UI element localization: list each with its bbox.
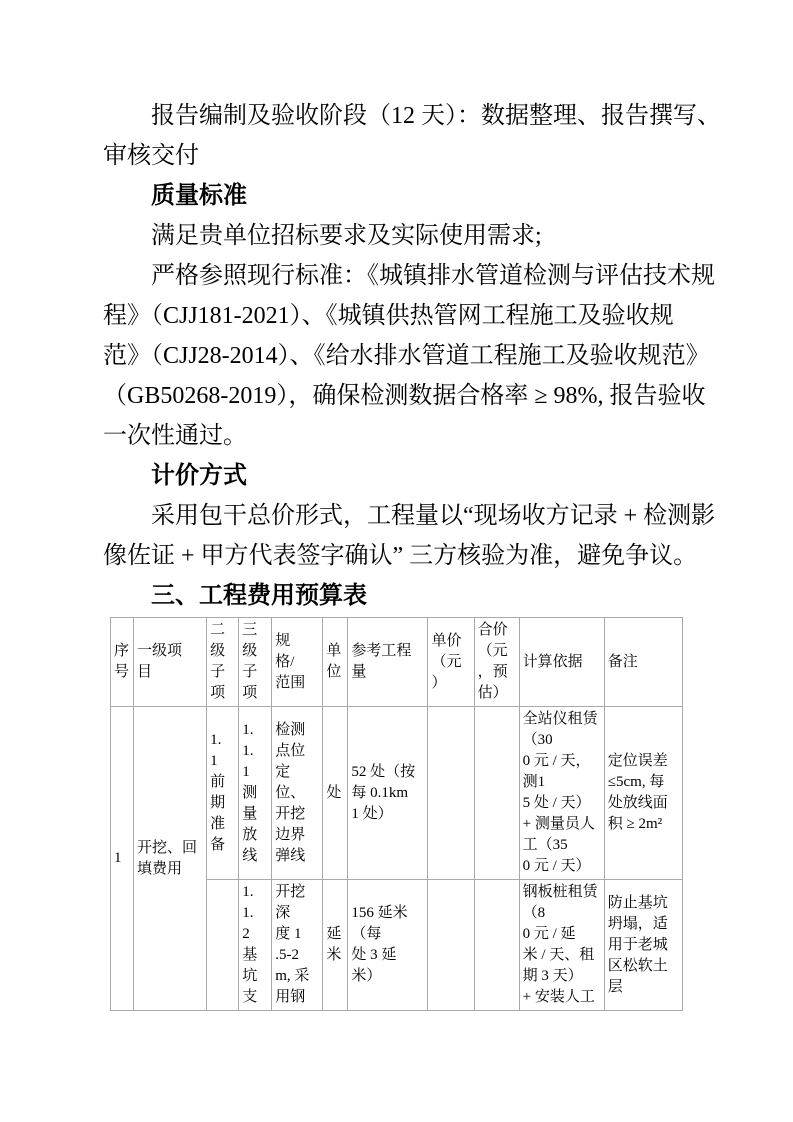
heading-budget-table: 三、工程费用预算表	[151, 576, 783, 616]
cell-remark: 防止基坑 坍塌，适 用于老城 区松软土 层	[604, 880, 682, 1011]
cell-spec: 开挖 深 度 1 .5-2 m, 采 用钢	[272, 880, 323, 1011]
header-cell-total-price: 合价 （元 ，预 估）	[474, 618, 519, 707]
budget-table: 序 号 一级项 目 二 级 子 项 三 级 子 项 规 格/ 范围 单 位 参考…	[110, 617, 683, 1011]
header-cell-seq: 序 号	[111, 618, 134, 707]
header-cell-level3: 三 级 子 项	[239, 618, 272, 707]
paragraph-standards: 严格参照现行标准：《城镇排水管道检测与评估技术规 程》（CJJ181-2021）…	[103, 256, 783, 456]
paragraph-pricing: 采用包干总价形式，工程量以“现场收方记录 + 检测影 像佐证 + 甲方代表签字确…	[103, 496, 783, 576]
cell-basis: 全站仪租赁 （30 0 元 / 天， 测1 5 处 / 天） + 测量员人 工（…	[519, 707, 604, 880]
cell-unit: 延 米	[323, 880, 348, 1011]
header-cell-quantity: 参考工程 量	[348, 618, 428, 707]
heading-pricing-method: 计价方式	[151, 456, 783, 496]
header-cell-remark: 备注	[604, 618, 682, 707]
cell-level3-item: 1. 1. 2 基 坑 支	[239, 880, 272, 1011]
paragraph-report-phase: 报告编制及验收阶段（12 天）：数据整理、报告撰写、 审核交付	[103, 96, 783, 176]
cell-quantity: 156 延米 （每 处 3 延 米）	[348, 880, 428, 1011]
cell-level1-item: 开挖、回 填费用	[134, 707, 207, 1011]
document-content: 报告编制及验收阶段（12 天）：数据整理、报告撰写、 审核交付 质量标准 满足贵…	[0, 0, 793, 1011]
heading-quality-standard: 质量标准	[151, 176, 783, 216]
cell-seq: 1	[111, 707, 134, 1011]
cell-unit-price	[428, 880, 474, 1011]
header-cell-spec: 规 格/ 范围	[272, 618, 323, 707]
table-header-row: 序 号 一级项 目 二 级 子 项 三 级 子 项 规 格/ 范围 单 位 参考…	[111, 618, 683, 707]
cell-unit-price	[428, 707, 474, 880]
cell-level2-item	[207, 880, 239, 1011]
cell-unit: 处	[323, 707, 348, 880]
cell-basis: 钢板桩租赁 （8 0 元 / 延 米 / 天、租 期 3 天） + 安装人工	[519, 880, 604, 1011]
header-cell-level1: 一级项 目	[134, 618, 207, 707]
header-cell-basis: 计算依据	[519, 618, 604, 707]
cell-quantity: 52 处（按 每 0.1km 1 处）	[348, 707, 428, 880]
cell-level3-item: 1. 1. 1 测 量 放 线	[239, 707, 272, 880]
cell-total-price	[474, 707, 519, 880]
cell-total-price	[474, 880, 519, 1011]
paragraph-requirements: 满足贵单位招标要求及实际使用需求;	[103, 216, 783, 256]
cell-spec: 检测 点位 定 位、 开挖 边界 弹线	[272, 707, 323, 880]
header-cell-level2: 二 级 子 项	[207, 618, 239, 707]
cell-remark: 定位误差 ≤5cm, 每 处放线面 积 ≥ 2m²	[604, 707, 682, 880]
header-cell-unit-price: 单价 （元 ）	[428, 618, 474, 707]
cell-level2-item: 1. 1 前 期 准 备	[207, 707, 239, 880]
table-row-1: 1 开挖、回 填费用 1. 1 前 期 准 备 1. 1. 1 测 量 放 线 …	[111, 707, 683, 880]
document-page: 报告编制及验收阶段（12 天）：数据整理、报告撰写、 审核交付 质量标准 满足贵…	[0, 0, 793, 1122]
header-cell-unit: 单 位	[323, 618, 348, 707]
